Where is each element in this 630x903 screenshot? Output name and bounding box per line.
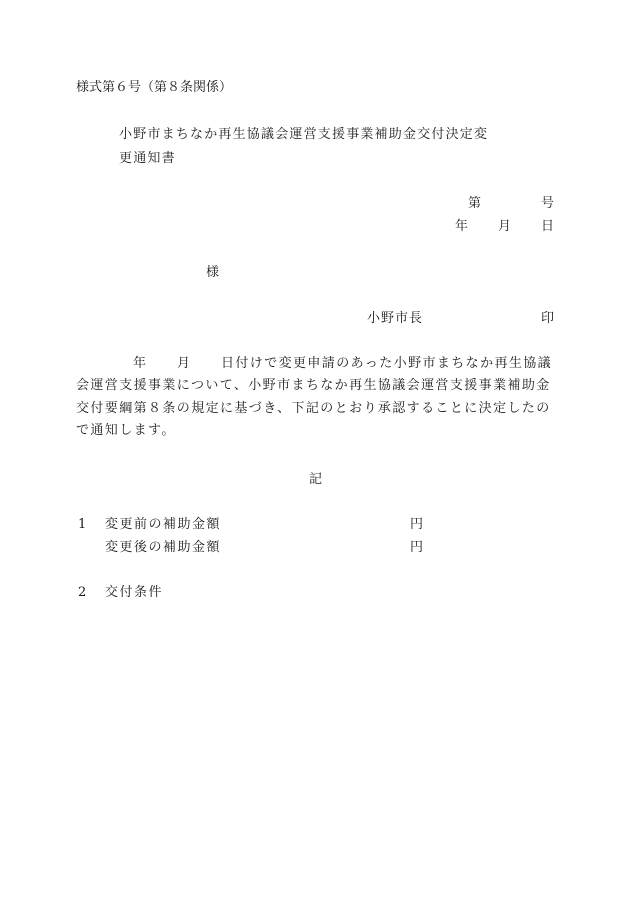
item-1b-unit: 円 <box>410 540 423 556</box>
title-line-2: 更通知書 <box>119 151 176 167</box>
body-month: 月 <box>177 356 190 372</box>
form-label: 様式第６号（第８条関係） <box>76 80 232 96</box>
item-2-number: 2 <box>78 585 86 601</box>
item-1b-label: 変更後の補助金額 <box>105 540 221 556</box>
body-text: 会運営支援事業について、小野市まちなか再生協議会運営支援事業補助金交付要綱第８条… <box>76 375 556 443</box>
ki-heading: 記 <box>309 472 322 488</box>
date-year: 年 <box>455 219 468 235</box>
issuer: 小野市長 <box>367 311 423 327</box>
doc-number-prefix: 第 <box>468 196 481 212</box>
body-year: 年 <box>133 356 146 372</box>
seal-mark: 印 <box>541 311 554 327</box>
body-text-first: 日付けで変更申請のあった小野市まちなか再生協議 <box>221 356 552 372</box>
date-day: 日 <box>541 219 554 235</box>
item-1-number: 1 <box>78 517 86 533</box>
date-month: 月 <box>498 219 511 235</box>
item-2-label: 交付条件 <box>105 585 163 601</box>
title-line-1: 小野市まちなか再生協議会運営支援事業補助金交付決定変 <box>119 127 488 143</box>
item-1-label: 変更前の補助金額 <box>105 517 221 533</box>
doc-number-suffix: 号 <box>541 196 554 212</box>
addressee-suffix: 様 <box>206 265 219 281</box>
item-1-unit: 円 <box>410 517 423 533</box>
